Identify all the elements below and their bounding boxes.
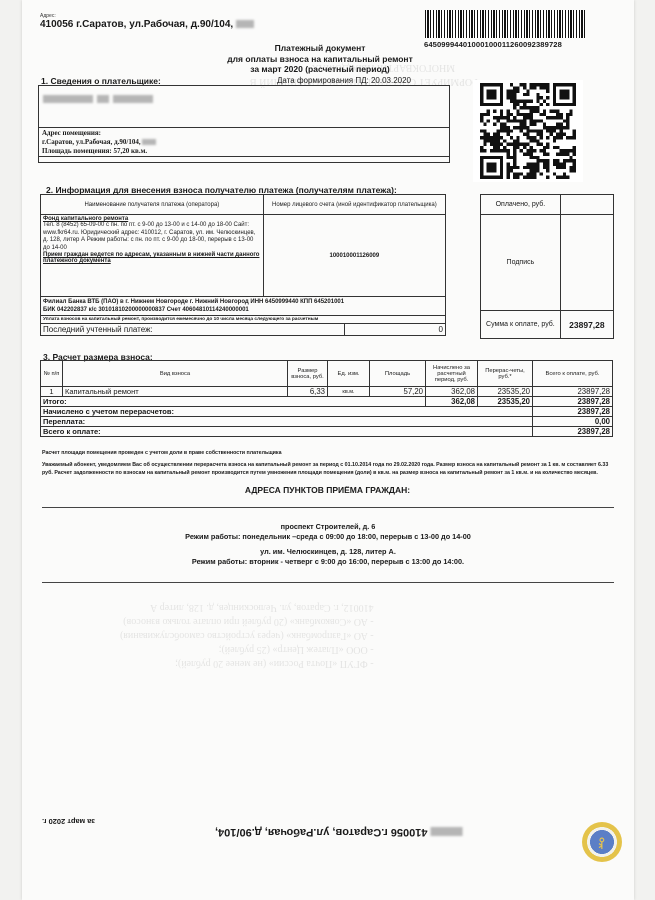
- reception-points-title: АДРЕСА ПУНКТОВ ПРИЁМА ГРАЖДАН:: [40, 485, 615, 495]
- paid-field: [560, 195, 613, 215]
- col-area: Площадь: [370, 361, 426, 387]
- last-payment-row: Последний учтенный платеж:0: [41, 324, 446, 336]
- payment-stub-table: Оплачено, руб. Подпись Сумма к оплате, р…: [480, 194, 614, 339]
- point-2-hours: Режим работы: вторник - четверг с 9:00 д…: [42, 557, 614, 567]
- reception-points-box: проспект Строителей, д. 6 Режим работы: …: [42, 507, 614, 583]
- redacted-apartment: [236, 20, 254, 28]
- amount-due-label: Сумма к оплате, руб.: [481, 311, 561, 339]
- col-recalc: Перерас-четы, руб.*: [478, 361, 533, 387]
- formation-date: Дата формирования ПД: 20.03.2020: [277, 76, 411, 85]
- col-type: Вид взноса: [63, 361, 288, 387]
- envelope-address: 410056 г.Саратов, ул.Рабочая, д.90/104,: [215, 826, 463, 838]
- overpayment-row: Переплата: 0,00: [41, 417, 613, 427]
- document-title: Платежный документ для оплаты взноса на …: [170, 43, 470, 75]
- recipient-table: Наименование получателя платежа (операто…: [40, 194, 446, 336]
- col-unit: Ед. изм.: [328, 361, 370, 387]
- with-recalc-row: Начислено с учетом перерасчетов: 23897,2…: [41, 407, 613, 417]
- table-row: 1 Капитальный ремонт 6,33 кв.м. 57,20 36…: [41, 387, 613, 397]
- col-accrued: Начислено за расчетный период, руб.: [426, 361, 478, 387]
- col-recipient-header: Наименование получателя платежа (операто…: [41, 195, 264, 215]
- qr-code: [473, 80, 583, 182]
- payment-deadline: Уплата взносов на капитальный ремонт, пр…: [41, 316, 446, 324]
- barcode: [425, 10, 585, 38]
- signature-label: Подпись: [481, 215, 561, 311]
- recalc-note: Уважаемый абонент, уведомляем Вас об осу…: [42, 462, 612, 477]
- envelope-period: за март 2020 г.: [42, 817, 95, 826]
- col-number: № п/п: [41, 361, 63, 387]
- paid-label: Оплачено, руб.: [481, 195, 561, 215]
- calculation-table: № п/п Вид взноса Размер взноса, руб. Ед.…: [40, 360, 613, 437]
- point-1-hours: Режим работы: понедельник –среда с 09:00…: [42, 532, 614, 542]
- key-icon: ⚷: [597, 832, 607, 852]
- point-2-address: ул. им. Челюскинцев, д. 128, литер А.: [42, 547, 614, 557]
- amount-due: 23897,28: [560, 311, 613, 339]
- recipient-cell: Фонд капитального ремонта Тел. 8 (8452) …: [41, 215, 264, 297]
- col-total: Всего к оплате, руб.: [533, 361, 613, 387]
- account-number: 100010001126009: [263, 215, 445, 297]
- payer-name-redacted: [43, 90, 153, 108]
- signature-field: [560, 215, 613, 311]
- point-1-address: проспект Строителей, д. 6: [42, 522, 614, 532]
- col-rate: Размер взноса, руб.: [288, 361, 328, 387]
- recipient-address: 410056 г.Саратов, ул.Рабочая, д.90/104,: [40, 19, 254, 30]
- col-account-header: Номер лицевого счета (иной идентификатор…: [263, 195, 445, 215]
- totals-row: Итого: 362,08 23535,20 23897,28: [41, 397, 613, 407]
- area-note: Расчет площади помещения проведен с учет…: [42, 450, 282, 456]
- bank-details: Филиал Банка ВТБ (ПАО) в г. Нижнем Новго…: [41, 297, 446, 316]
- premises-address: Адрес помещения: г.Саратов, ул.Рабочая, …: [42, 129, 156, 156]
- grand-total-row: Всего к оплате: 23897,28: [41, 427, 613, 437]
